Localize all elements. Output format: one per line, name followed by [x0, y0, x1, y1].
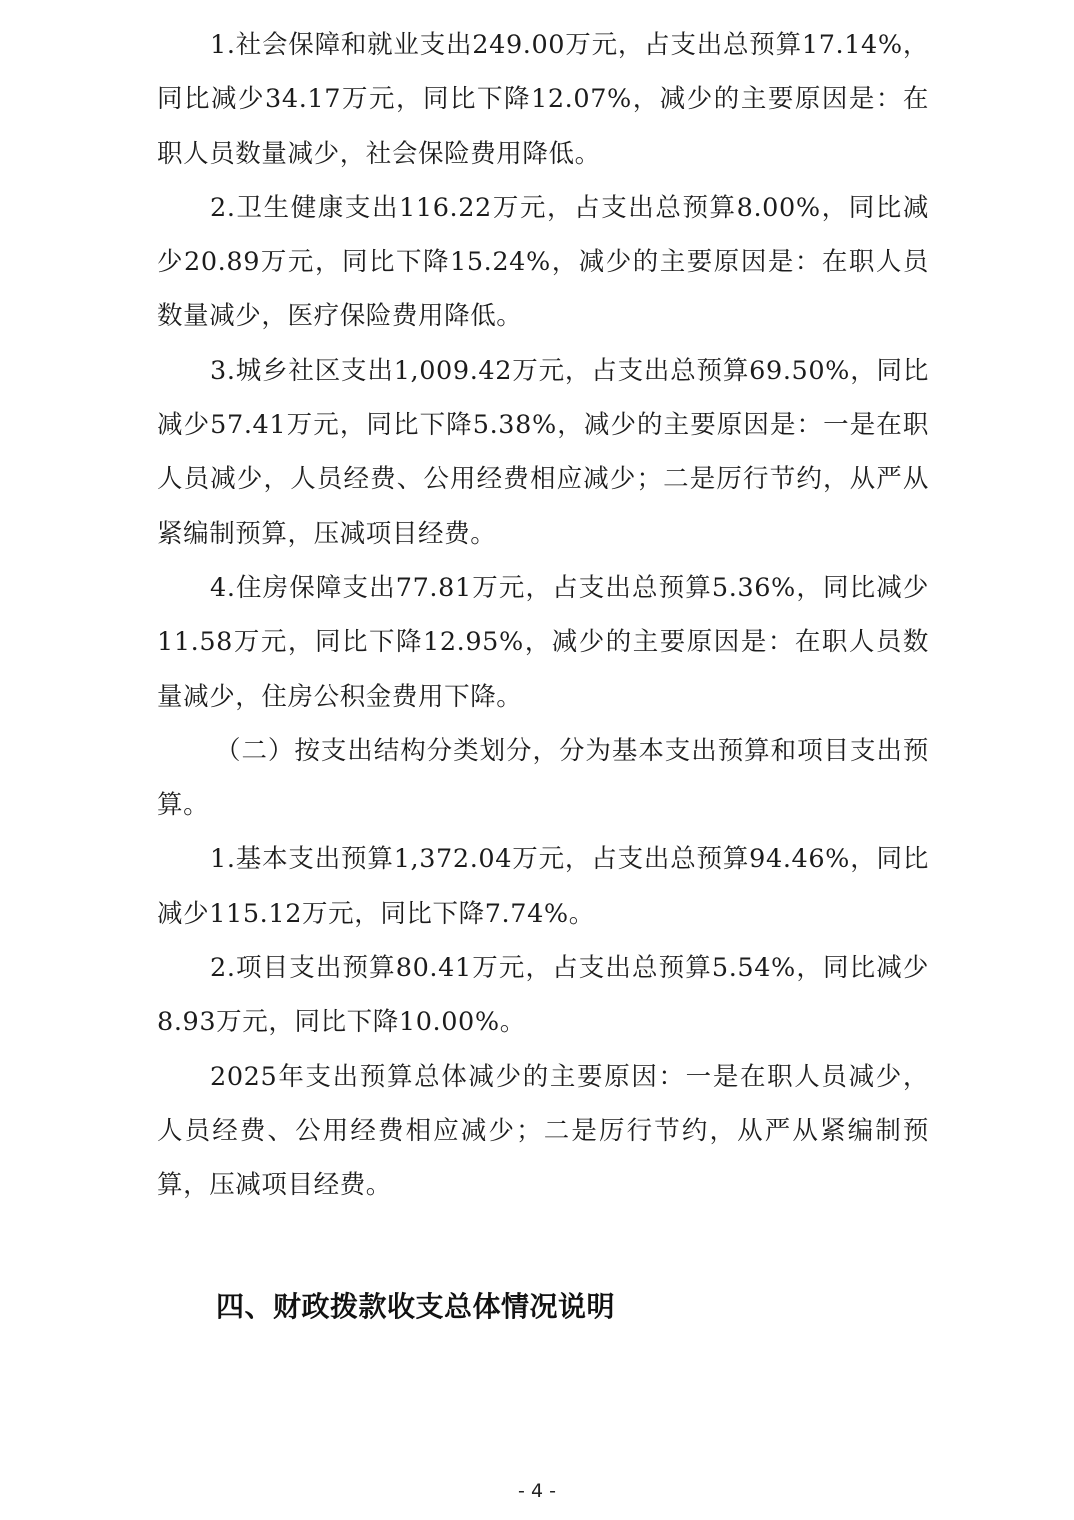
document-body: 1.社会保障和就业支出249.00万元，占支出总预算17.14%，同比减少34.… [157, 18, 929, 1213]
paragraph-project-expenditure: 2.项目支出预算80.41万元，占支出总预算5.54%，同比减少8.93万元，同… [157, 941, 929, 1050]
paragraph-social-security: 1.社会保障和就业支出249.00万元，占支出总预算17.14%，同比减少34.… [157, 18, 929, 181]
paragraph-overall-reason: 2025年支出预算总体减少的主要原因：一是在职人员减少，人员经费、公用经费相应减… [157, 1050, 929, 1213]
paragraph-housing: 4.住房保障支出77.81万元，占支出总预算5.36%，同比减少11.58万元，… [157, 561, 929, 724]
paragraph-structure-section: （二）按支出结构分类划分，分为基本支出预算和项目支出预算。 [157, 724, 929, 833]
section-heading: 四、财政拨款收支总体情况说明 [216, 1285, 615, 1325]
paragraph-urban-rural-community: 3.城乡社区支出1,009.42万元，占支出总预算69.50%，同比减少57.4… [157, 344, 929, 561]
page-number: - 4 - [0, 1480, 1074, 1502]
document-page: 1.社会保障和就业支出249.00万元，占支出总预算17.14%，同比减少34.… [0, 0, 1074, 1520]
paragraph-basic-expenditure: 1.基本支出预算1,372.04万元，占支出总预算94.46%，同比减少115.… [157, 832, 929, 941]
paragraph-health: 2.卫生健康支出116.22万元，占支出总预算8.00%，同比减少20.89万元… [157, 181, 929, 344]
